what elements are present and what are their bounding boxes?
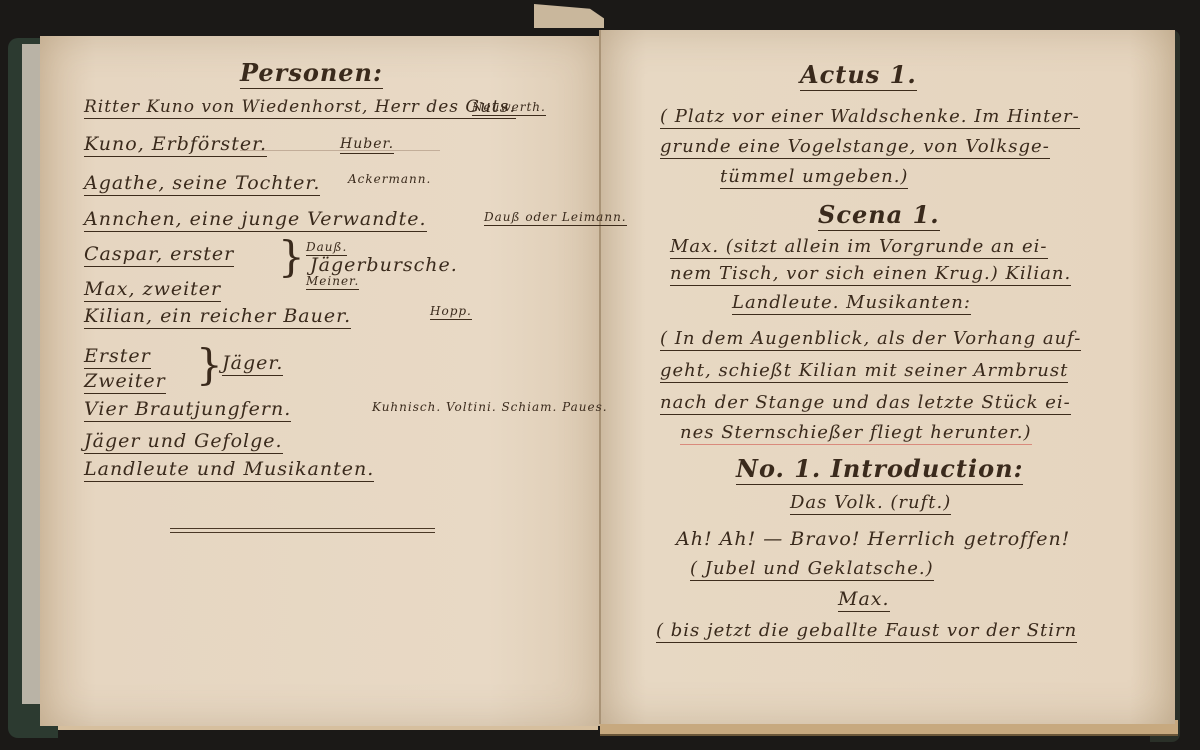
cast-line: Annchen, eine junge Verwandte. xyxy=(84,208,427,232)
scene-line: Landleute. Musikanten: xyxy=(732,292,971,315)
cast-line: Erster xyxy=(84,345,151,369)
character-label: Max. xyxy=(838,588,890,612)
stage-direction-line: geht, schießt Kilian mit seiner Armbrust xyxy=(660,360,1068,383)
scene-line: nem Tisch, vor sich einen Krug.) Kilian. xyxy=(670,263,1071,286)
stage-direction-line: nach der Stange und das letzte Stück ei- xyxy=(660,392,1071,415)
cast-line: Kilian, ein reicher Bauer. xyxy=(84,305,351,329)
cast-line: Max, zweiter xyxy=(84,278,221,302)
cast-line: Ritter Kuno von Wiedenhorst, Herr des Gu… xyxy=(84,97,516,119)
stage-direction-line: ( bis jetzt die geballte Faust vor der S… xyxy=(656,620,1077,643)
endpaper xyxy=(22,44,42,704)
cast-line: Zweiter xyxy=(84,370,166,394)
role-label: Jägerbursche. xyxy=(310,254,458,276)
act-heading: Actus 1. xyxy=(800,60,917,91)
brace: } xyxy=(278,232,306,281)
brace: } xyxy=(196,340,224,389)
torn-page-corner xyxy=(534,4,604,28)
actor-note: Dauß oder Leimann. xyxy=(484,210,627,226)
scene-line: Max. (sitzt allein im Vorgrunde an ei- xyxy=(670,236,1048,259)
actor-note: Huber. xyxy=(340,136,394,154)
cast-line: Kuno, Erbförster. xyxy=(84,133,267,157)
cast-heading: Personen: xyxy=(240,58,383,89)
number-heading: No. 1. Introduction: xyxy=(736,454,1023,485)
chorus-label: Das Volk. (ruft.) xyxy=(790,492,951,515)
closing-rule xyxy=(170,528,435,533)
actor-note: Meiner. xyxy=(306,274,359,290)
stage-direction-line: tümmel umgeben.) xyxy=(720,166,908,189)
role-label: Jäger. xyxy=(222,352,283,376)
actor-note: Ackermann. xyxy=(348,172,431,186)
actor-note: Kuhnisch. Voltini. Schiam. Paues. xyxy=(372,400,608,414)
scene-heading: Scena 1. xyxy=(818,200,940,231)
chorus-text: Ah! Ah! — Bravo! Herrlich getroffen! xyxy=(676,528,1070,550)
cast-line: Vier Brautjungfern. xyxy=(84,398,291,422)
cast-line: Landleute und Musikanten. xyxy=(84,458,374,482)
stage-direction-line: ( In dem Augenblick, als der Vorhang auf… xyxy=(660,328,1081,351)
actor-note: Hopp. xyxy=(430,304,472,320)
actor-note: Neuwerth. xyxy=(472,100,546,116)
chorus-direction: ( Jubel und Geklatsche.) xyxy=(690,558,934,581)
cast-line: Caspar, erster xyxy=(84,243,234,267)
stage-direction-line: nes Sternschießer fliegt herunter.) xyxy=(680,422,1032,445)
cast-line: Jäger und Gefolge. xyxy=(84,430,283,454)
cast-line: Agathe, seine Tochter. xyxy=(84,172,320,196)
gutter xyxy=(599,30,601,724)
stage-direction-line: ( Platz vor einer Waldschenke. Im Hinter… xyxy=(660,106,1080,129)
stage-direction-line: grunde eine Vogelstange, von Volksge- xyxy=(660,136,1050,159)
